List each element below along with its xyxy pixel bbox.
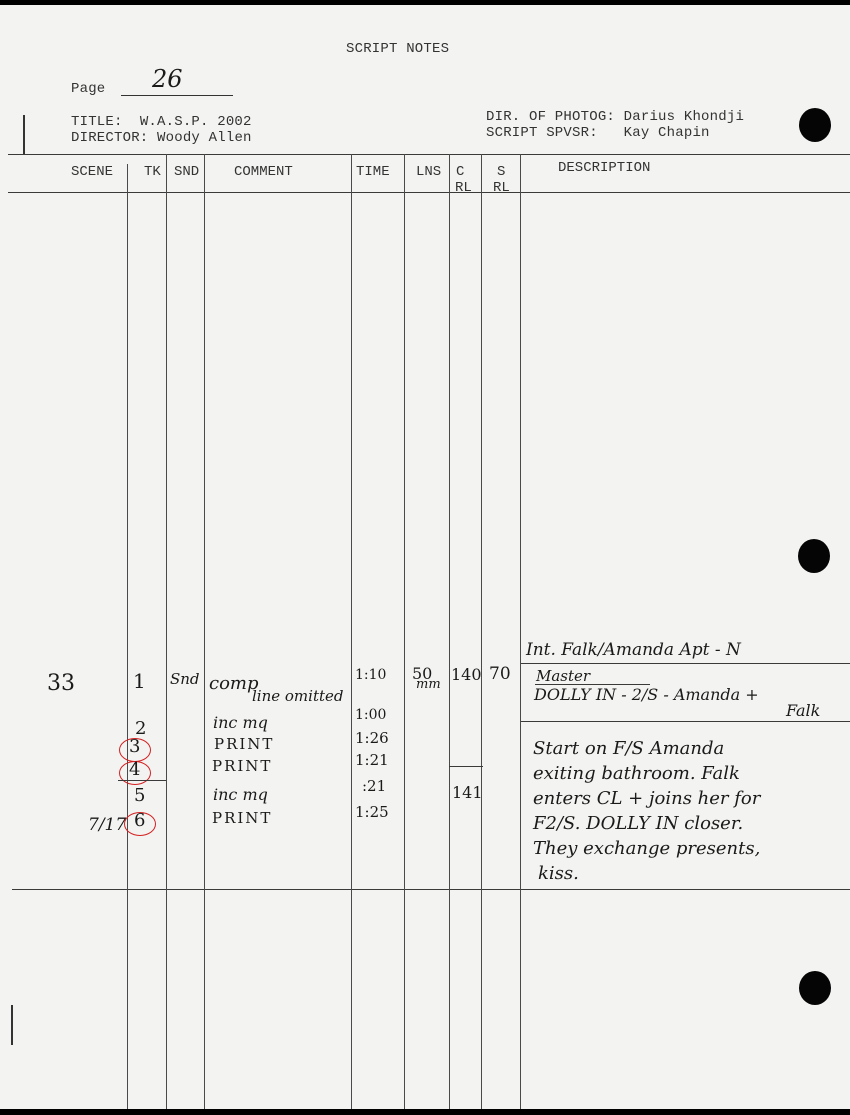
- take-6-comment: PRINT: [212, 809, 272, 827]
- description-slugline: Int. Falk/Amanda Apt - N: [526, 640, 741, 660]
- scene-number: 33: [47, 671, 75, 696]
- col-header-crl-top: C: [456, 164, 464, 180]
- page-number: 26: [152, 65, 183, 93]
- col-line-tk: [166, 154, 167, 1109]
- tk-separator-line: [118, 780, 166, 781]
- col-header-comment: COMMENT: [234, 164, 293, 180]
- supervisor-line: SCRIPT SPVSR: Kay Chapin: [486, 125, 710, 141]
- hole-punch-top: [799, 108, 831, 142]
- col-header-crl-bottom: RL: [455, 180, 472, 196]
- action-line-3: enters CL + joins her for: [533, 788, 760, 809]
- director-value: Woody Allen: [157, 130, 252, 146]
- margin-mark-bottom: [11, 1005, 13, 1045]
- title-value: W.A.S.P. 2002: [140, 114, 252, 130]
- take-5-comment: inc mq: [213, 785, 268, 804]
- date-note: 7/17: [88, 815, 126, 835]
- action-line-2: exiting bathroom. Falk: [533, 763, 740, 784]
- col-line-comment: [351, 154, 352, 1109]
- director-line: DIRECTOR: Woody Allen: [71, 130, 252, 146]
- table-top-line: [8, 154, 850, 155]
- setup-line-2: Falk: [786, 701, 820, 720]
- col-header-description: DESCRIPTION: [558, 160, 650, 176]
- col-header-srl-bottom: RL: [493, 180, 510, 196]
- page-number-blank: [121, 95, 233, 96]
- col-header-lns: LNS: [416, 164, 441, 180]
- take-3-number: 3: [129, 736, 140, 757]
- take-4-number: 4: [129, 759, 140, 780]
- sound-roll: 70: [489, 664, 511, 684]
- take-5-number: 5: [134, 785, 145, 806]
- description-line-1: [521, 663, 850, 664]
- entry-bottom-line: [12, 889, 850, 890]
- dop-label: DIR. OF PHOTOG:: [486, 109, 615, 125]
- title-label-text: TITLE:: [71, 114, 123, 130]
- action-line-4: F2/S. DOLLY IN closer.: [533, 813, 743, 834]
- hole-punch-middle: [798, 539, 830, 573]
- take-1-number: 1: [133, 669, 146, 693]
- col-header-srl-top: S: [497, 164, 505, 180]
- page-label: Page: [71, 81, 105, 97]
- take-3-time: 1:26: [355, 729, 389, 747]
- col-line-crl: [481, 154, 482, 1109]
- col-header-snd: SND: [174, 164, 199, 180]
- take-4-comment: PRINT: [212, 757, 272, 775]
- col-header-time: TIME: [356, 164, 390, 180]
- setup-label: Master: [536, 667, 590, 685]
- col-line-srl: [520, 154, 521, 1109]
- take-5-time: :21: [362, 777, 386, 795]
- form-title: SCRIPT NOTES: [346, 41, 449, 57]
- camera-roll-separator: [449, 766, 483, 767]
- lens-unit: mm: [416, 677, 441, 692]
- col-header-scene: SCENE: [71, 164, 113, 180]
- sound-note: Snd: [170, 670, 200, 688]
- hole-punch-bottom: [799, 971, 831, 1005]
- action-line-6: kiss.: [538, 863, 579, 884]
- title-label: TITLE: W.A.S.P. 2002: [71, 114, 252, 130]
- setup-line-1: DOLLY IN - 2/S - Amanda +: [534, 685, 759, 704]
- dop-line: DIR. OF PHOTOG: Darius Khondji: [486, 109, 744, 125]
- dop-value: Darius Khondji: [624, 109, 744, 125]
- take-1-comment-note: line omitted: [252, 687, 344, 705]
- action-line-5: They exchange presents,: [533, 838, 760, 859]
- take-1-time: 1:10: [355, 667, 386, 683]
- supervisor-label: SCRIPT SPVSR:: [486, 125, 598, 141]
- col-header-tk: TK: [144, 164, 161, 180]
- take-6-time: 1:25: [355, 803, 389, 821]
- col-line-snd: [204, 154, 205, 1109]
- take-2-time: 1:00: [355, 707, 386, 723]
- camera-roll-second: 141: [452, 783, 483, 802]
- take-6-number: 6: [134, 810, 145, 831]
- action-line-1: Start on F/S Amanda: [533, 738, 724, 759]
- take-3-comment: PRINT: [214, 735, 274, 753]
- col-line-lns: [449, 154, 450, 1109]
- camera-roll-first: 140: [451, 665, 482, 684]
- header-bottom-line: [8, 192, 850, 193]
- col-line-scene: [127, 164, 128, 1109]
- take-2-comment: inc mq: [213, 713, 268, 732]
- take-4-time: 1:21: [355, 751, 389, 769]
- supervisor-value: Kay Chapin: [624, 125, 710, 141]
- script-notes-page: SCRIPT NOTES Page 26 TITLE: W.A.S.P. 200…: [0, 5, 850, 1109]
- col-line-time: [404, 154, 405, 1109]
- margin-mark-top: [23, 115, 25, 155]
- director-label: DIRECTOR:: [71, 130, 148, 146]
- description-line-2: [521, 721, 850, 722]
